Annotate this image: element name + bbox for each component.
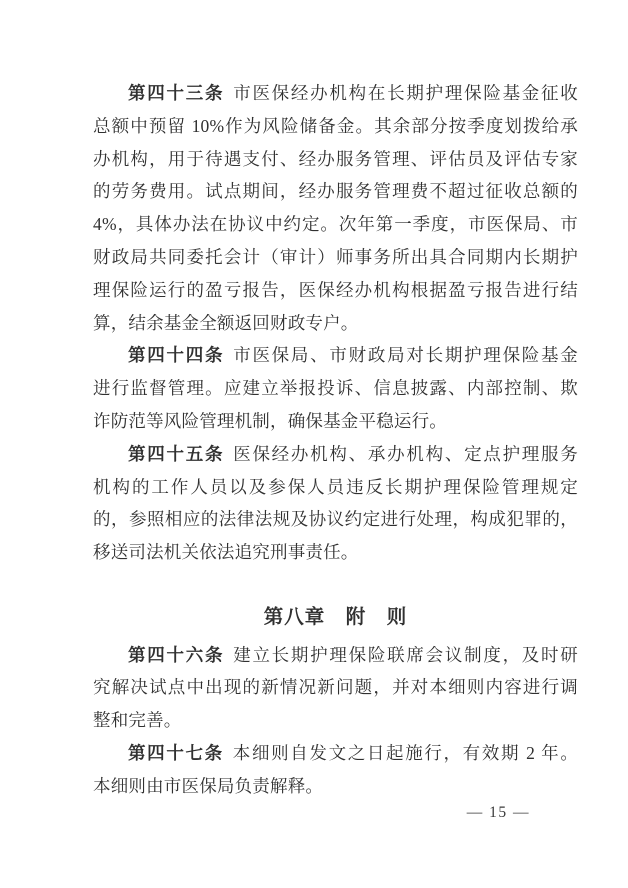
text-line: 财政局共同委托会计（审计）师事务所出具合同期内长期护 [93, 241, 578, 274]
article-45: 第四十五条医保经办机构、承办机构、定点护理服务机构的工作人员以及参保人员违反长期… [93, 438, 578, 569]
document-page: 第四十三条市医保经办机构在长期护理保险基金征收总额中预留 10%作为风险储备金。… [0, 0, 628, 888]
article-44: 第四十四条市医保局、市财政局对长期护理保险基金进行监督管理。应建立举报投诉、信息… [93, 339, 578, 437]
chapter-8-heading: 第八章 附 则 [93, 602, 578, 635]
text-line: 第四十四条市医保局、市财政局对长期护理保险基金 [93, 339, 578, 372]
text-line: 第四十五条医保经办机构、承办机构、定点护理服务 [93, 438, 578, 471]
text-line: 理保险运行的盈亏报告，医保经办机构根据盈亏报告进行结 [93, 274, 578, 307]
text-line: 机构的工作人员以及参保人员违反长期护理保险管理规定 [93, 471, 578, 504]
text-line: 算，结余基金全额返回财政专户。 [93, 307, 578, 340]
text-line: 究解决试点中出现的新情况新问题，并对本细则内容进行调 [93, 671, 578, 704]
text-line: 本细则由市医保局负责解释。 [93, 770, 578, 803]
line-text: 建立长期护理保险联席会议制度，及时研 [233, 645, 578, 665]
text-line: 第四十七条本细则自发文之日起施行，有效期 2 年。 [93, 737, 578, 770]
text-line: 进行监督管理。应建立举报投诉、信息披露、内部控制、欺 [93, 372, 578, 405]
line-text: 本细则自发文之日起施行，有效期 2 年。 [233, 743, 578, 763]
article-number: 第四十七条 [128, 743, 224, 763]
article-number: 第四十四条 [128, 345, 224, 365]
text-line: 第四十六条建立长期护理保险联席会议制度，及时研 [93, 639, 578, 672]
line-text: 市医保经办机构在长期护理保险基金征收 [233, 83, 578, 103]
article-47: 第四十七条本细则自发文之日起施行，有效期 2 年。本细则由市医保局负责解释。 [93, 737, 578, 803]
text-line: 的劳务费用。试点期间，经办服务管理费不超过征收总额的 [93, 175, 578, 208]
document-body: 第四十三条市医保经办机构在长期护理保险基金征收总额中预留 10%作为风险储备金。… [93, 77, 578, 803]
article-number: 第四十五条 [128, 444, 224, 464]
text-line: 总额中预留 10%作为风险储备金。其余部分按季度划拨给承 [93, 110, 578, 143]
text-line: 第四十三条市医保经办机构在长期护理保险基金征收 [93, 77, 578, 110]
text-line: 移送司法机关依法追究刑事责任。 [93, 536, 578, 569]
text-line: 整和完善。 [93, 704, 578, 737]
article-46: 第四十六条建立长期护理保险联席会议制度，及时研究解决试点中出现的新情况新问题，并… [93, 639, 578, 737]
text-line: 的，参照相应的法律法规及协议约定进行处理，构成犯罪的， [93, 503, 578, 536]
article-43: 第四十三条市医保经办机构在长期护理保险基金征收总额中预留 10%作为风险储备金。… [93, 77, 578, 339]
page-number: — 15 — [467, 804, 530, 822]
article-number: 第四十三条 [128, 83, 224, 103]
article-number: 第四十六条 [128, 645, 224, 665]
text-line: 4%，具体办法在协议中约定。次年第一季度，市医保局、市 [93, 208, 578, 241]
line-text: 医保经办机构、承办机构、定点护理服务 [233, 444, 578, 464]
text-line: 办机构，用于待遇支付、经办服务管理、评估员及评估专家 [93, 143, 578, 176]
text-line: 诈防范等风险管理机制，确保基金平稳运行。 [93, 405, 578, 438]
line-text: 市医保局、市财政局对长期护理保险基金 [233, 345, 578, 365]
